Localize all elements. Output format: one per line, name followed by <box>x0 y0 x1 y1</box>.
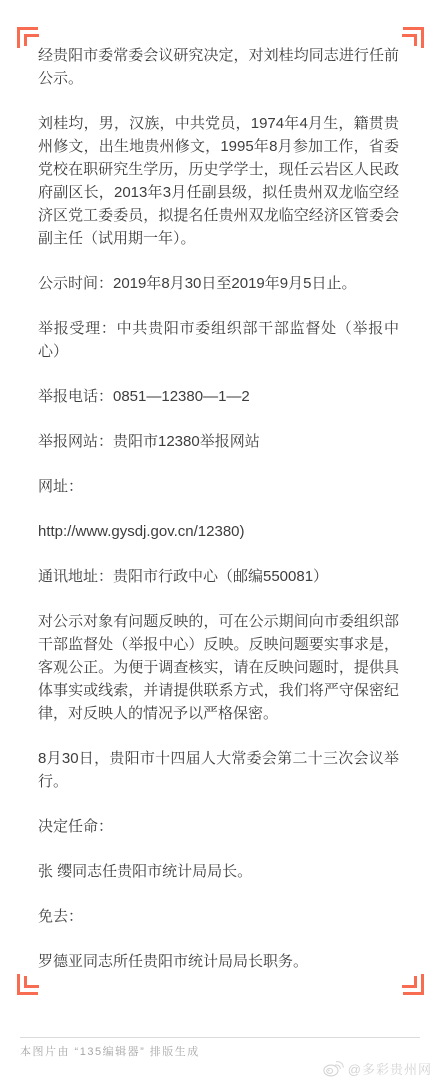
watermark-handle: @多彩贵州网 <box>348 1059 432 1078</box>
weibo-watermark: @多彩贵州网 <box>322 1058 432 1078</box>
body-paragraph: 公示时间：2019年8月30日至2019年9月5日止。 <box>38 272 399 295</box>
body-paragraph: 决定任命： <box>38 815 399 838</box>
body-paragraph: 网址： <box>38 475 399 498</box>
corner-bracket-icon <box>17 974 38 995</box>
body-paragraph: 对公示对象有问题反映的，可在公示期间向市委组织部干部监督处（举报中心）反映。反映… <box>38 610 399 725</box>
body-paragraph: 8月30日，贵阳市十四届人大常委会第二十三次会议举行。 <box>38 747 399 793</box>
announcement-image: 经贵阳市委常委会议研究决定，对刘桂均同志进行任前公示。 刘桂均，男，汉族，中共党… <box>0 0 440 1091</box>
body-paragraph: 经贵阳市委常委会议研究决定，对刘桂均同志进行任前公示。 <box>38 44 399 90</box>
corner-bracket-icon <box>403 27 424 48</box>
corner-bracket-icon <box>17 27 38 48</box>
corner-bracket-icon <box>403 974 424 995</box>
body-paragraph: 举报受理：中共贵阳市委组织部干部监督处（举报中心） <box>38 317 399 363</box>
body-paragraph-url: http://www.gysdj.gov.cn/12380) <box>38 520 399 543</box>
body-paragraph: 通讯地址：贵阳市行政中心（邮编550081） <box>38 565 399 588</box>
body-paragraph: 张 缨同志任贵阳市统计局局长。 <box>38 860 399 883</box>
body-paragraph: 举报电话：0851—12380—1—2 <box>38 385 399 408</box>
footer-divider <box>20 1037 420 1038</box>
body-paragraph: 举报网站：贵阳市12380举报网站 <box>38 430 399 453</box>
body-paragraph: 罗德亚同志所任贵阳市统计局局长职务。 <box>38 950 399 973</box>
announcement-body: 经贵阳市委常委会议研究决定，对刘桂均同志进行任前公示。 刘桂均，男，汉族，中共党… <box>38 44 399 973</box>
body-paragraph: 刘桂均，男，汉族，中共党员，1974年4月生，籍贯贵州修文，出生地贵州修文，19… <box>38 112 399 250</box>
body-paragraph: 免去： <box>38 905 399 928</box>
weibo-logo-icon <box>322 1058 344 1078</box>
editor-credit-text: 本图片由 “135编辑器” 排版生成 <box>20 1043 200 1059</box>
